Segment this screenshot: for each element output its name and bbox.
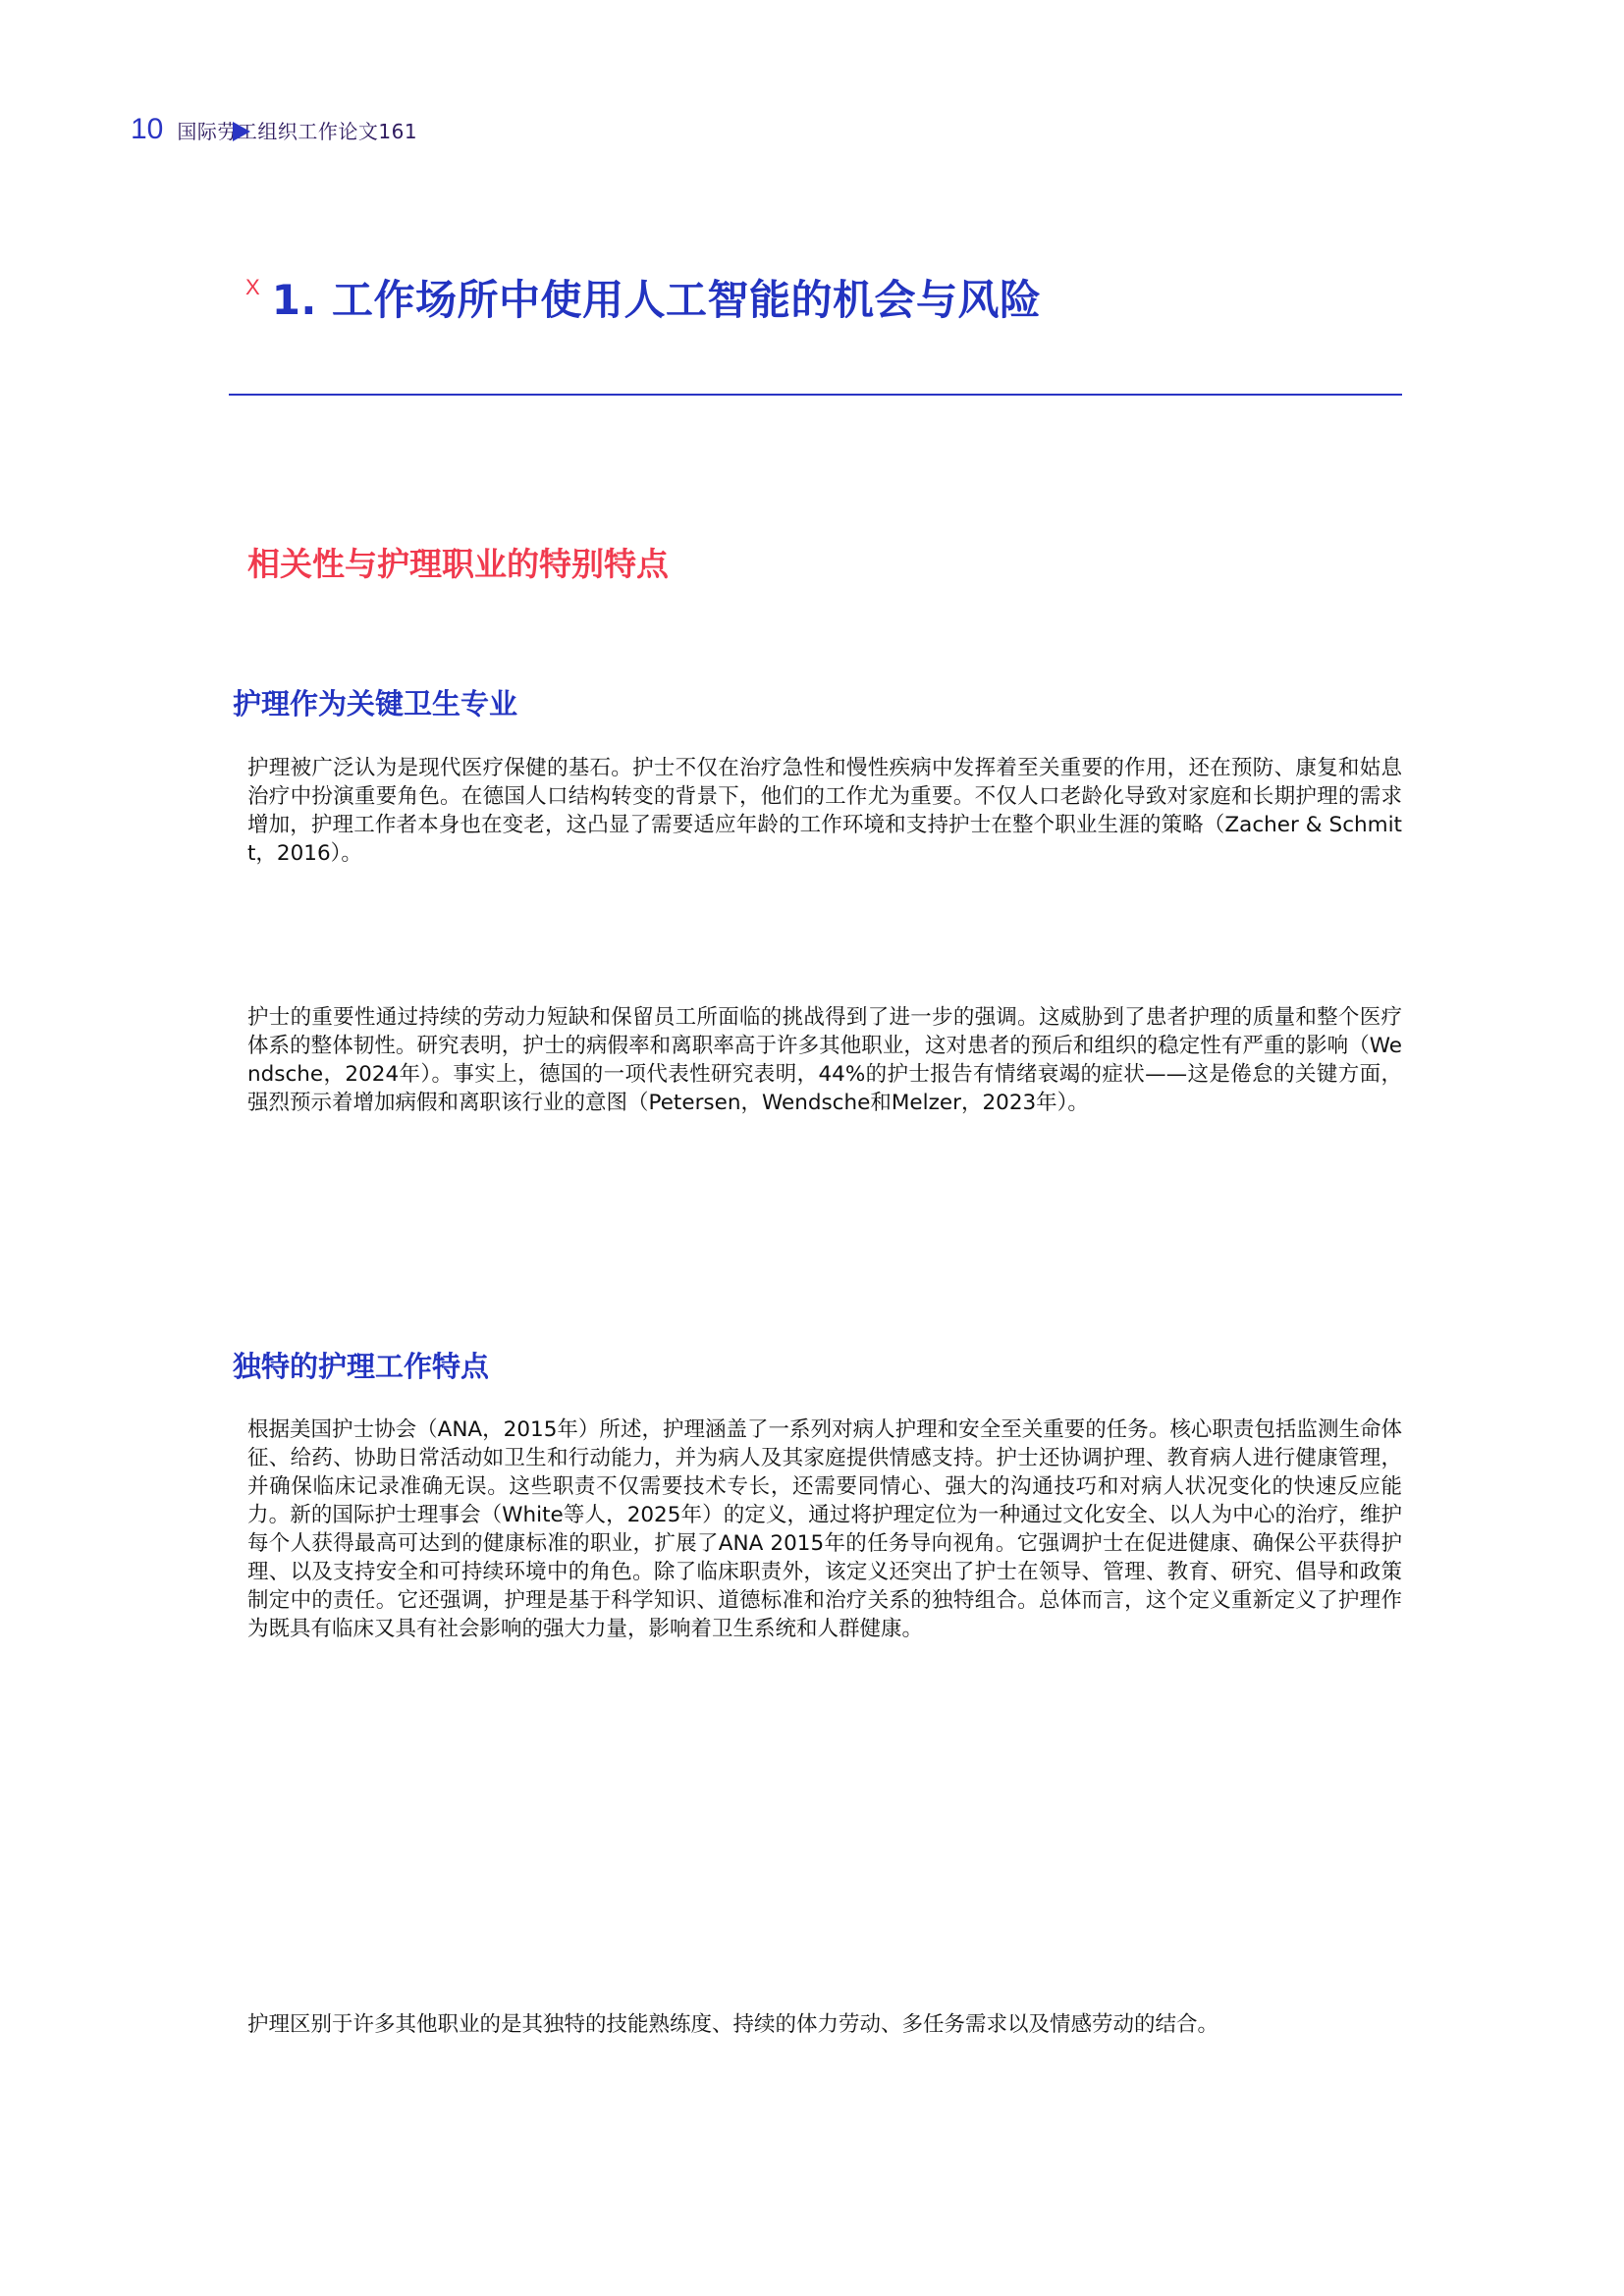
- running-header: 10 国际劳工组织工作论文161: [131, 112, 417, 147]
- running-title: 国际劳工组织工作论文161: [177, 114, 417, 149]
- paragraph-workforce-shortage: 护士的重要性通过持续的劳动力短缺和保留员工所面临的挑战得到了进一步的强调。这威胁…: [247, 1003, 1402, 1117]
- subsection-title-nursing-key-profession: 护理作为关键卫生专业: [233, 684, 517, 723]
- subsection-title-unique-nursing-work: 独特的护理工作特点: [233, 1347, 489, 1386]
- running-title-text: 国际劳工组织工作论文161: [177, 120, 417, 143]
- chapter-heading: X 1. 工作场所中使用人工智能的机会与风险: [245, 271, 1042, 330]
- chapter-divider: [229, 394, 1402, 396]
- paragraph-nursing-distinction: 护理区别于许多其他职业的是其独特的技能熟练度、持续的体力劳动、多任务需求以及情感…: [247, 2010, 1402, 2039]
- play-arrow-icon: [233, 122, 250, 141]
- chapter-title: 1. 工作场所中使用人工智能的机会与风险: [272, 271, 1042, 330]
- page-number: 10: [131, 112, 163, 147]
- paragraph-ana-definition: 根据美国护士协会（ANA，2015年）所述，护理涵盖了一系列对病人护理和安全至关…: [247, 1415, 1402, 1643]
- chapter-marker-icon: X: [245, 275, 260, 300]
- paragraph-nursing-cornerstone: 护理被广泛认为是现代医疗保健的基石。护士不仅在治疗急性和慢性疾病中发挥着至关重要…: [247, 754, 1402, 868]
- section-title: 相关性与护理职业的特别特点: [247, 540, 669, 589]
